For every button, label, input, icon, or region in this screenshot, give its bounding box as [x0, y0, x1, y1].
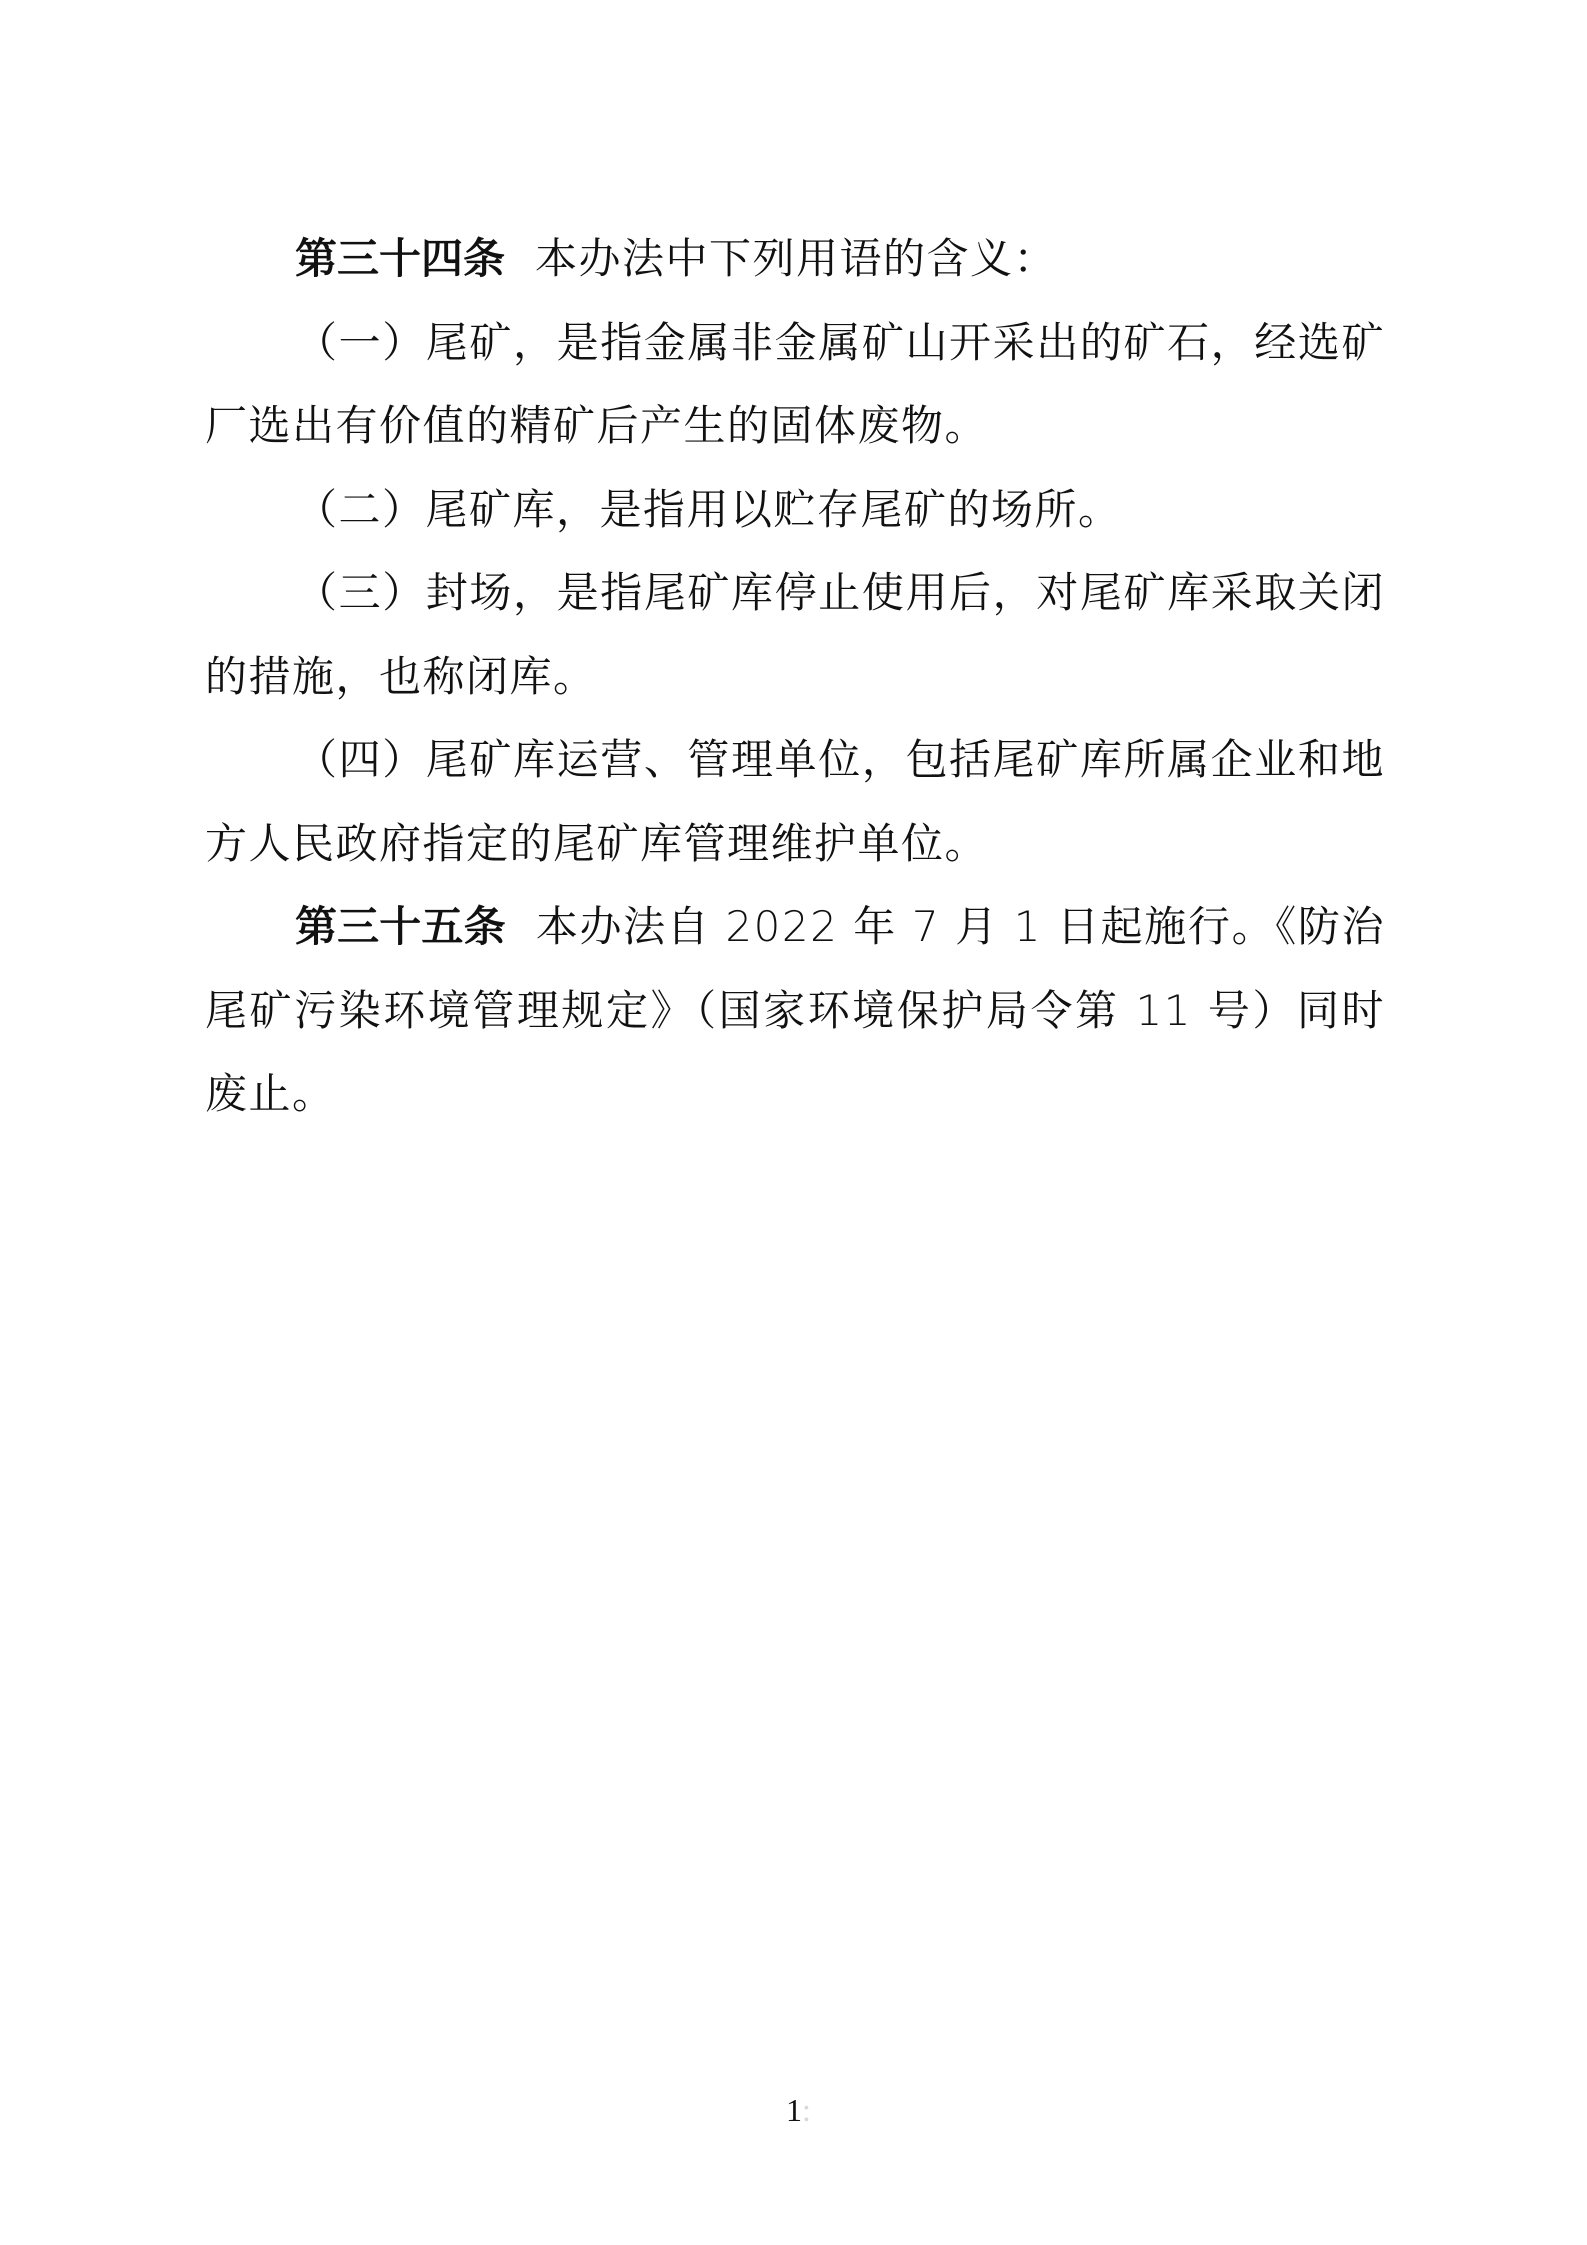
definition-tailings-paragraph: （一）尾矿，是指金属非金属矿山开采出的矿石，经选矿厂选出有价值的精矿后产生的固体…: [205, 301, 1385, 468]
definition-tailings-pond-paragraph: （二）尾矿库，是指用以贮存尾矿的场所。: [205, 468, 1385, 552]
paragraph-text: （二）尾矿库，是指用以贮存尾矿的场所。: [295, 485, 1122, 534]
article-number: 第三十五条: [295, 902, 506, 951]
page-number-text: 1: [786, 2092, 802, 2128]
article-34-heading-paragraph: 第三十四条本办法中下列用语的含义：: [205, 217, 1385, 301]
document-page: 第三十四条本办法中下列用语的含义： （一）尾矿，是指金属非金属矿山开采出的矿石，…: [0, 0, 1587, 2245]
article-number: 第三十四条: [295, 234, 505, 283]
article-35-paragraph: 第三十五条本办法自 2022 年 7 月 1 日起施行。《防治尾矿污染环境管理规…: [205, 885, 1385, 1136]
document-body: 第三十四条本办法中下列用语的含义： （一）尾矿，是指金属非金属矿山开采出的矿石，…: [205, 217, 1385, 1136]
page-number: 1:: [786, 2092, 811, 2129]
definition-operator-paragraph: （四）尾矿库运营、管理单位，包括尾矿库所属企业和地方人民政府指定的尾矿库管理维护…: [205, 718, 1385, 885]
paragraph-text: （一）尾矿，是指金属非金属矿山开采出的矿石，经选矿厂选出有价值的精矿后产生的固体…: [205, 318, 1385, 451]
paragraph-text: 本办法中下列用语的含义：: [535, 234, 1057, 283]
page-number-ghost: :: [802, 2092, 811, 2128]
paragraph-text: （四）尾矿库运营、管理单位，包括尾矿库所属企业和地方人民政府指定的尾矿库管理维护…: [205, 735, 1385, 868]
paragraph-text: （三）封场，是指尾矿库停止使用后，对尾矿库采取关闭的措施，也称闭库。: [205, 568, 1385, 701]
definition-closure-paragraph: （三）封场，是指尾矿库停止使用后，对尾矿库采取关闭的措施，也称闭库。: [205, 551, 1385, 718]
